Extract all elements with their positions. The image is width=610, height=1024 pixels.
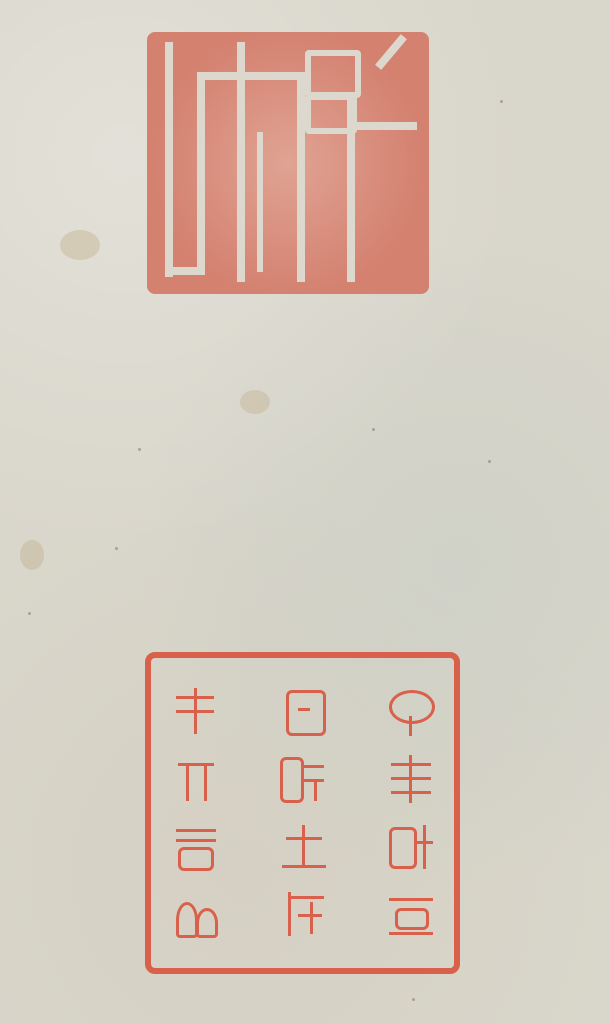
seal-glyph bbox=[278, 753, 330, 805]
seal-stroke bbox=[375, 34, 407, 70]
paper-stain bbox=[60, 230, 100, 260]
seal-glyph bbox=[170, 686, 222, 738]
paper-speck bbox=[500, 100, 503, 103]
seal-stroke bbox=[257, 132, 263, 272]
seal-stroke bbox=[357, 122, 417, 130]
seal-glyph bbox=[170, 753, 222, 805]
paper-stain bbox=[240, 390, 270, 414]
paper-speck bbox=[412, 998, 415, 1001]
seal-column-middle bbox=[269, 678, 339, 948]
seal-stroke bbox=[297, 72, 305, 282]
seal-stroke bbox=[197, 72, 307, 80]
seal-relief: Square bordered seal, red-character styl… bbox=[145, 652, 460, 974]
paper-stain bbox=[20, 540, 44, 570]
seal-stroke bbox=[347, 92, 355, 282]
seal-glyph bbox=[278, 821, 330, 873]
seal-glyph bbox=[170, 888, 222, 940]
seal-stroke bbox=[165, 42, 173, 277]
seal-glyph bbox=[385, 821, 437, 873]
seal-glyph bbox=[170, 821, 222, 873]
paper-speck bbox=[138, 448, 141, 451]
seal-column-right bbox=[376, 678, 446, 948]
seal-glyph bbox=[278, 888, 330, 940]
paper-speck bbox=[115, 547, 118, 550]
paper-speck bbox=[488, 460, 491, 463]
seal-glyph bbox=[385, 686, 437, 738]
paper-speck bbox=[372, 428, 375, 431]
seal-stroke bbox=[305, 50, 361, 98]
seal-glyph bbox=[278, 686, 330, 738]
seal-glyph bbox=[385, 753, 437, 805]
seal-column-left bbox=[161, 678, 231, 948]
paper-speck bbox=[28, 612, 31, 615]
seal-intaglio: Square seal, white-character style bbox=[147, 32, 429, 294]
seal-glyph bbox=[385, 888, 437, 940]
seal-stroke bbox=[197, 72, 205, 272]
